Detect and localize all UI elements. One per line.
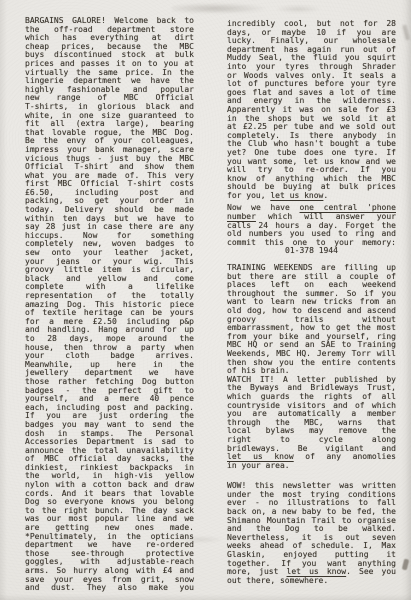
scan-edge-shadow-right bbox=[401, 0, 411, 600]
underlined-phrase: let us know bbox=[270, 191, 323, 200]
underlined-phrase: let us know bbox=[287, 567, 347, 576]
scan-smudge-top bbox=[172, 3, 267, 13]
text-line: out there, somewhere. bbox=[227, 577, 396, 586]
scan-edge-shadow-left bbox=[0, 0, 7, 600]
text-line: and dust. They also make you bbox=[25, 584, 194, 593]
newsletter-column-right: incredibly cool, but not for 28days, or … bbox=[227, 20, 396, 585]
underlined-phrase: let us know bbox=[227, 452, 294, 461]
scan-edge-shadow-bottom bbox=[0, 594, 411, 600]
text-line: 01-378 1944 bbox=[227, 247, 396, 256]
text-line: for you, let us know. bbox=[227, 192, 396, 201]
text-line: in your area. bbox=[227, 462, 396, 471]
newsletter-column-left: BARGAINS GALORE! Welcome back tothe off-… bbox=[25, 17, 194, 593]
scanned-newsletter-page: BARGAINS GALORE! Welcome back tothe off-… bbox=[0, 0, 411, 600]
scan-smudge-top-right bbox=[275, 5, 321, 13]
underlined-phrase: number bbox=[227, 212, 256, 221]
